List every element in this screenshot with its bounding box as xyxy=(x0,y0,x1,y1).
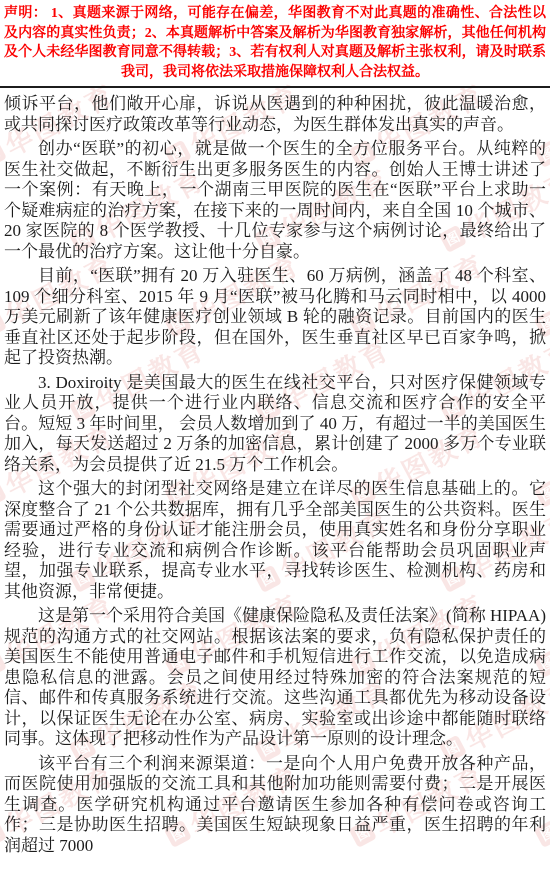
paragraph: 创办“医联”的初心，就是做一个医生的全方位服务平台。从纯粹的医生社交做起，不断衍… xyxy=(4,139,546,262)
disclaimer-notice: 声明： 1、真题来源于网络，可能存在偏差，华图教育不对此真题的准确性、合法性以及… xyxy=(4,4,546,82)
document-body: 倾诉平台，他们敞开心扉，诉说从医遇到的种种困扰，彼此温暖治愈，或共同探讨医疗政策… xyxy=(4,88,546,856)
paragraph: 这个强大的封闭型社交网络是建立在详尽的医生信息基础上的。它深度整合了 21 个公… xyxy=(4,479,546,602)
paragraph: 该平台有三个利润来源渠道：一是向个人用户免费开放各种产品，而医院使用加强版的交流… xyxy=(4,754,546,857)
paragraph: 这是第一个采用符合美国《健康保险隐私及责任法案》(简称 HIPAA)规范的沟通方… xyxy=(4,606,546,750)
paragraph: 目前，“医联”拥有 20 万入驻医生、60 万病例，涵盖了 48 个科室、109… xyxy=(4,266,546,369)
document-page: 图华图教育图华图教育图华图教育图华图教育图华图教育图华图教育图华图教育图华图教育… xyxy=(0,0,550,871)
paragraph: 3. Doxiroity 是美国最大的医生在线社交平台，只对医疗保健领域专业人员… xyxy=(4,373,546,476)
paragraph: 倾诉平台，他们敞开心扉，诉说从医遇到的种种困扰，彼此温暖治愈，或共同探讨医疗政策… xyxy=(4,94,546,135)
page-content: 声明： 1、真题来源于网络，可能存在偏差，华图教育不对此真题的准确性、合法性以及… xyxy=(0,0,550,856)
